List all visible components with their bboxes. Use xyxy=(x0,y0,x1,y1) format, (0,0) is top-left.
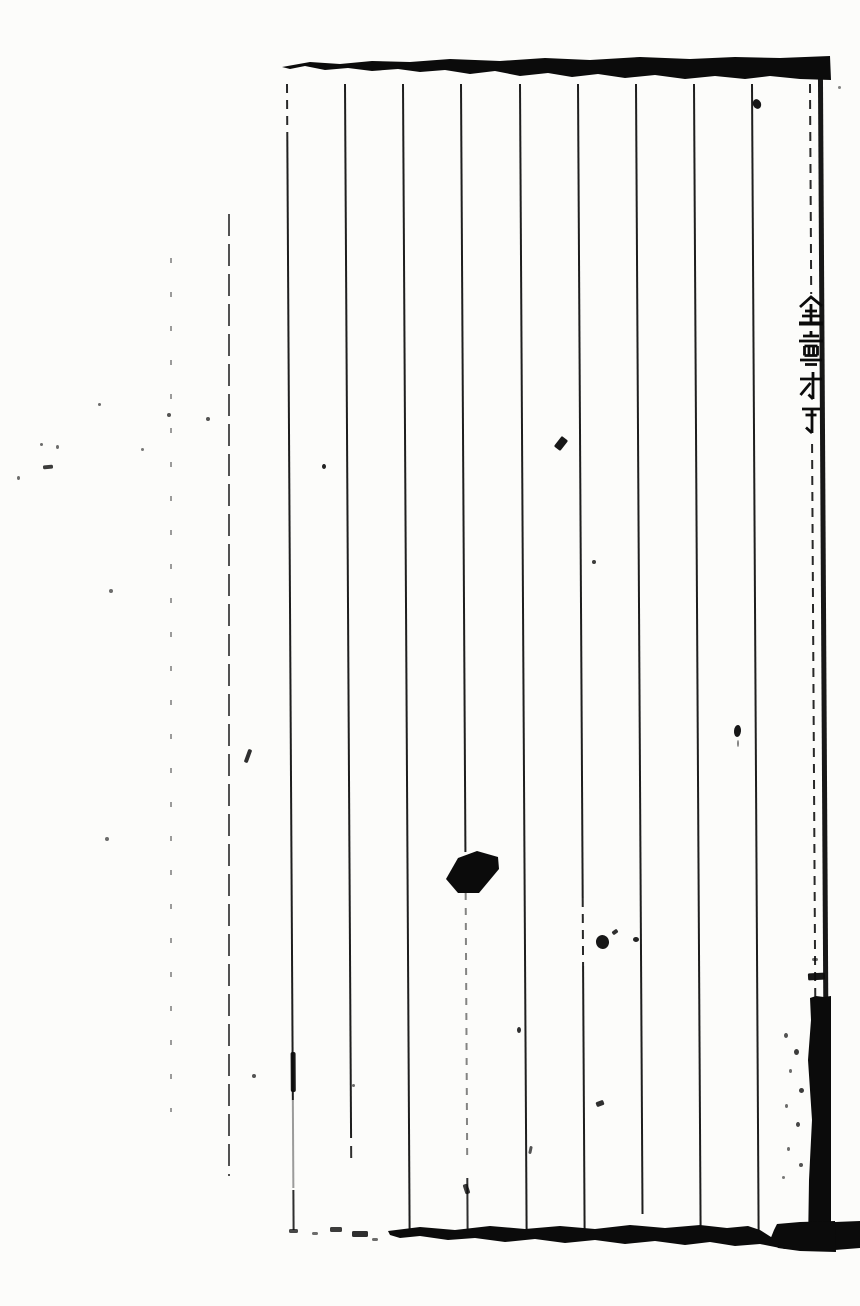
column-rule xyxy=(693,84,702,1230)
ink-speck xyxy=(40,443,43,446)
ink-speck xyxy=(812,958,818,961)
frame-right-edge xyxy=(818,64,829,1005)
column-rule xyxy=(581,898,584,966)
column-rule xyxy=(811,444,817,1000)
ink-speck xyxy=(787,1147,790,1151)
glyph-cai xyxy=(800,372,822,399)
column-rule xyxy=(465,893,469,1162)
ink-speck xyxy=(141,448,144,451)
ink-speck xyxy=(737,740,739,747)
ink-speck xyxy=(784,1033,788,1038)
column-grid xyxy=(0,0,860,1306)
column-rule-thick-spot xyxy=(290,1052,295,1092)
ink-speck xyxy=(838,86,841,89)
ink-speck xyxy=(799,1163,803,1167)
ink-speck xyxy=(105,837,109,841)
ink-speck xyxy=(794,1049,799,1055)
ink-speck xyxy=(167,413,171,417)
glyph-hu xyxy=(799,331,823,365)
ink-speck xyxy=(799,1088,804,1093)
column-rule xyxy=(809,84,813,294)
column-rule xyxy=(286,84,289,140)
ink-speck xyxy=(312,1232,318,1235)
column-rule xyxy=(292,1190,295,1230)
column-rule xyxy=(292,1100,295,1188)
spine-title-glyphs xyxy=(796,294,824,444)
ink-speck xyxy=(517,1027,521,1033)
column-rule xyxy=(582,966,586,1230)
ink-speck xyxy=(592,560,596,564)
column-rule xyxy=(635,84,644,1214)
ink-speck xyxy=(785,1104,788,1108)
scanned-book-page xyxy=(0,0,860,1306)
column-rule xyxy=(344,84,353,1138)
ink-speck xyxy=(372,1238,378,1241)
glyph-jin xyxy=(800,297,822,322)
ink-speck xyxy=(322,464,326,469)
ink-speck xyxy=(633,937,639,942)
column-rule xyxy=(286,140,294,1100)
ink-speck xyxy=(252,1074,256,1078)
column-rule xyxy=(519,84,528,1230)
glyph-ji xyxy=(802,409,820,433)
ink-speck xyxy=(330,1227,342,1232)
ink-speck xyxy=(289,1229,298,1233)
ink-speck xyxy=(206,417,210,421)
ink-speck xyxy=(808,973,825,981)
ink-speck xyxy=(796,1122,800,1127)
column-rule xyxy=(577,84,584,898)
ink-speck xyxy=(789,1069,792,1073)
spine-title xyxy=(796,294,824,444)
column-rule xyxy=(350,1146,352,1158)
ink-speck xyxy=(56,445,59,449)
ink-speck xyxy=(17,476,20,480)
column-rule xyxy=(751,84,760,1230)
column-rule xyxy=(460,84,467,852)
ink-speck xyxy=(352,1231,368,1237)
column-rule xyxy=(402,84,411,1230)
ink-speck xyxy=(43,465,53,470)
ink-speck xyxy=(109,589,113,593)
ink-speck xyxy=(352,1084,355,1087)
ink-speck xyxy=(782,1176,785,1179)
ink-speck xyxy=(98,403,101,406)
